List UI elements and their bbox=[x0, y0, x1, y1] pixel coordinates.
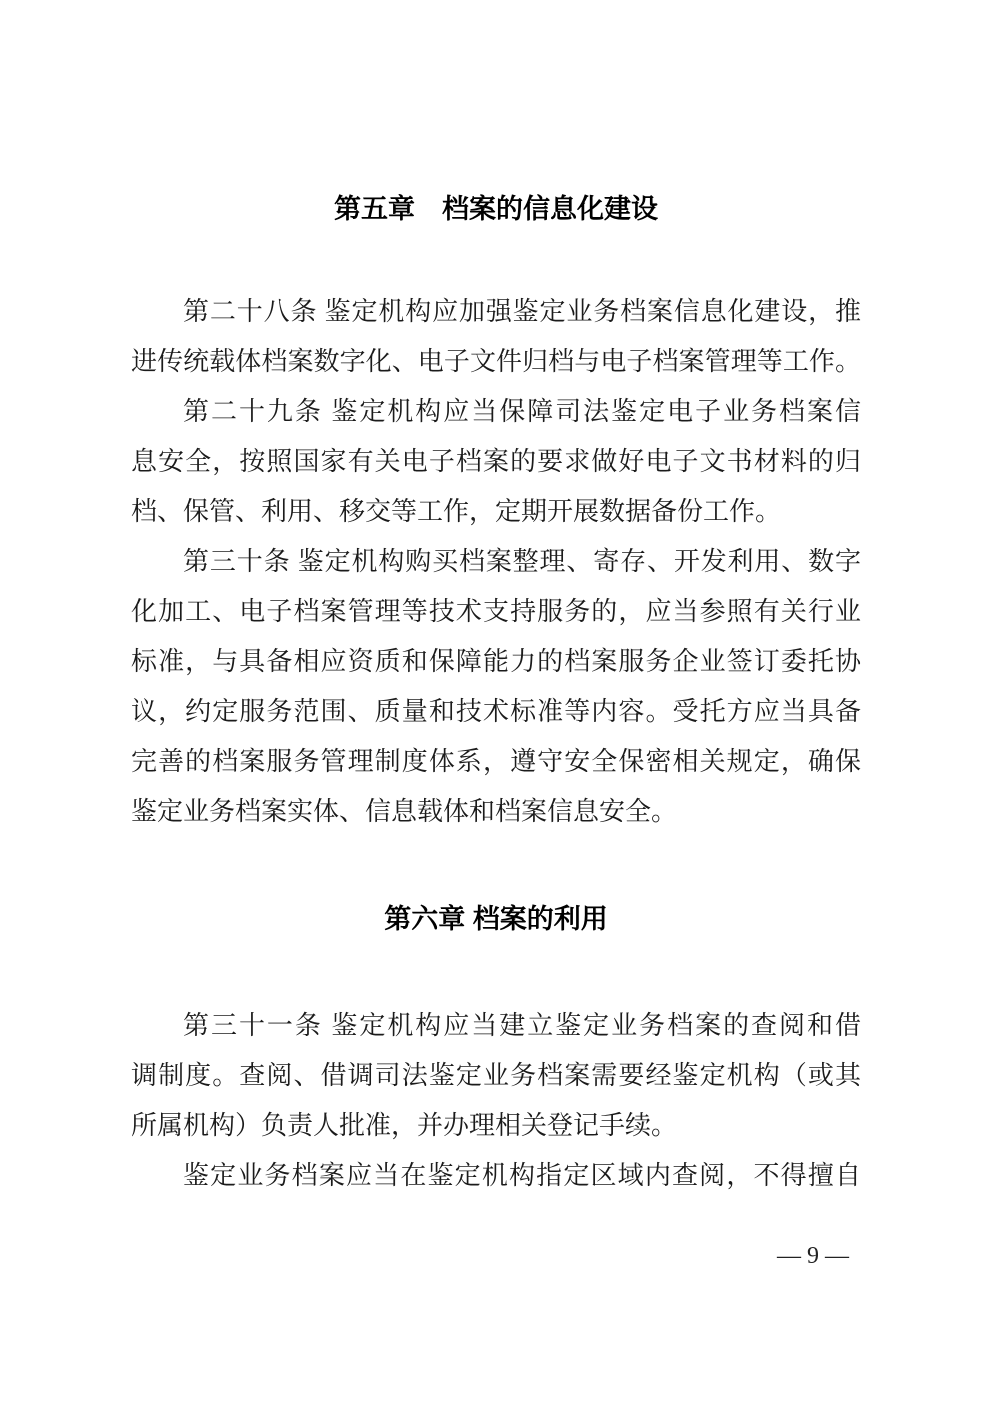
chapter-6-heading: 第六章 档案的利用 bbox=[131, 894, 861, 944]
text-line: 档、保管、利用、移交等工作，定期开展数据备份工作。 bbox=[131, 487, 861, 537]
text-line: 息安全，按照国家有关电子档案的要求做好电子文书材料的归 bbox=[131, 437, 861, 487]
page-content: 第五章 档案的信息化建设 第二十八条 鉴定机构应加强鉴定业务档案信息化建设，推 … bbox=[131, 0, 861, 1271]
text-line: 调制度。查阅、借调司法鉴定业务档案需要经鉴定机构（或其 bbox=[131, 1051, 861, 1101]
article-31-continuation-paragraph: 鉴定业务档案应当在鉴定机构指定区域内查阅，不得擅自 bbox=[131, 1151, 861, 1201]
chapter-5-heading: 第五章 档案的信息化建设 bbox=[131, 184, 861, 234]
article-28-paragraph: 第二十八条 鉴定机构应加强鉴定业务档案信息化建设，推 进传统载体档案数字化、电子… bbox=[131, 287, 861, 387]
page-number: — 9 — bbox=[131, 1241, 861, 1271]
article-30-paragraph: 第三十条 鉴定机构购买档案整理、寄存、开发利用、数字 化加工、电子档案管理等技术… bbox=[131, 537, 861, 837]
text-line: 第二十八条 鉴定机构应加强鉴定业务档案信息化建设，推 bbox=[131, 287, 861, 337]
text-line: 第三十条 鉴定机构购买档案整理、寄存、开发利用、数字 bbox=[131, 537, 861, 587]
text-line: 所属机构）负责人批准，并办理相关登记手续。 bbox=[131, 1101, 861, 1151]
text-line: 标准，与具备相应资质和保障能力的档案服务企业签订委托协 bbox=[131, 637, 861, 687]
text-line: 第三十一条 鉴定机构应当建立鉴定业务档案的查阅和借 bbox=[131, 1001, 861, 1051]
text-line: 化加工、电子档案管理等技术支持服务的，应当参照有关行业 bbox=[131, 587, 861, 637]
document-page: 第五章 档案的信息化建设 第二十八条 鉴定机构应加强鉴定业务档案信息化建设，推 … bbox=[0, 0, 992, 1403]
text-line: 议，约定服务范围、质量和技术标准等内容。受托方应当具备 bbox=[131, 687, 861, 737]
text-line: 第二十九条 鉴定机构应当保障司法鉴定电子业务档案信 bbox=[131, 387, 861, 437]
article-31-paragraph: 第三十一条 鉴定机构应当建立鉴定业务档案的查阅和借 调制度。查阅、借调司法鉴定业… bbox=[131, 1001, 861, 1151]
text-line: 进传统载体档案数字化、电子文件归档与电子档案管理等工作。 bbox=[131, 337, 861, 387]
text-line: 鉴定业务档案实体、信息载体和档案信息安全。 bbox=[131, 787, 861, 837]
text-line: 鉴定业务档案应当在鉴定机构指定区域内查阅，不得擅自 bbox=[131, 1151, 861, 1201]
text-line: 完善的档案服务管理制度体系，遵守安全保密相关规定，确保 bbox=[131, 737, 861, 787]
article-29-paragraph: 第二十九条 鉴定机构应当保障司法鉴定电子业务档案信 息安全，按照国家有关电子档案… bbox=[131, 387, 861, 537]
